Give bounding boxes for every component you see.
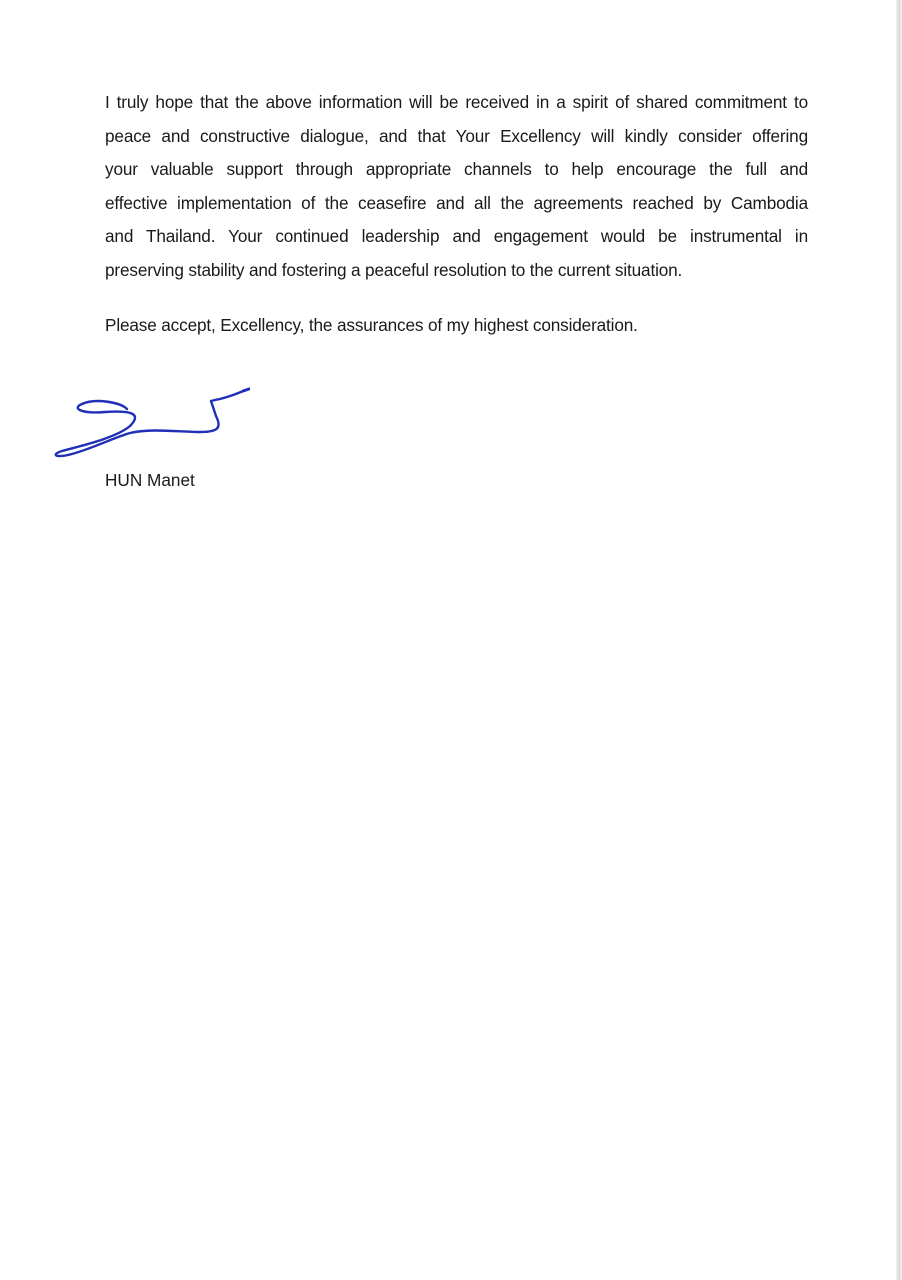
paragraph-line: I truly hope that the above information … <box>105 86 808 120</box>
signer-name: HUN Manet <box>105 468 195 492</box>
valediction: Please accept, Excellency, the assurance… <box>105 309 808 343</box>
closing-paragraph: I truly hope that the above information … <box>105 86 808 287</box>
letter-page: I truly hope that the above information … <box>0 0 902 1280</box>
paragraph-line: and Thailand. Your continued leadership … <box>105 220 808 254</box>
paragraph-line: peace and constructive dialogue, and tha… <box>105 120 808 154</box>
paragraph-line: your valuable support through appropriat… <box>105 153 808 187</box>
signature-icon <box>50 378 250 458</box>
page-edge-shadow <box>896 0 902 1280</box>
paragraph-line: effective implementation of the ceasefir… <box>105 187 808 221</box>
paragraph-line: preserving stability and fostering a pea… <box>105 254 808 288</box>
